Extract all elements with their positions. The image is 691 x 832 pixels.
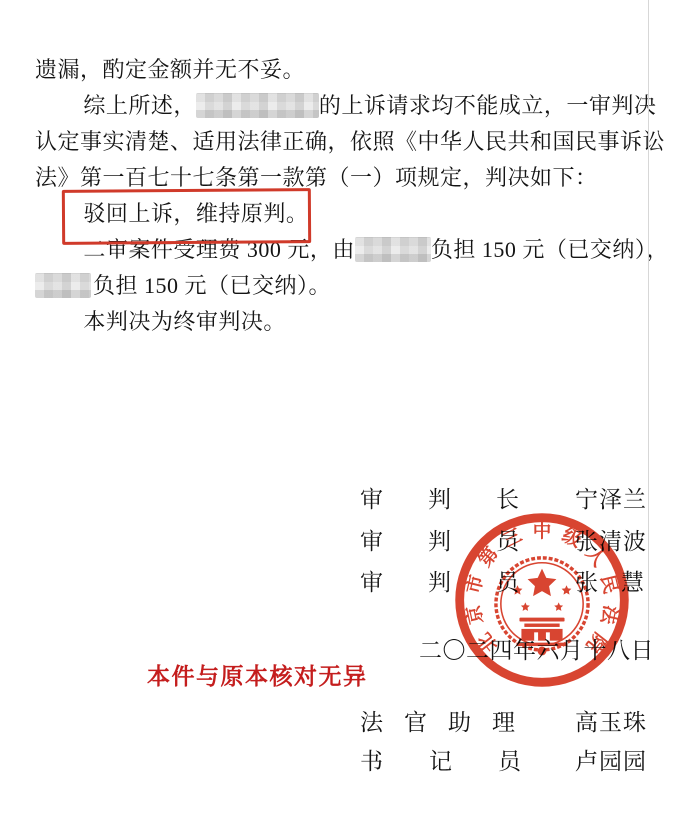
sig-role: 法官助理 xyxy=(360,704,536,737)
signature-row-judge-2: 审判员 张慧 xyxy=(360,564,564,597)
emblem-small-star-icon xyxy=(554,602,563,610)
signature-row-judge-assistant: 法官助理 高玉珠 xyxy=(360,704,536,737)
body-line-4: 法》第一百七十七条第一款第（一）项规定，判决如下： xyxy=(35,160,655,196)
sig-name: 卢园园 xyxy=(575,743,647,776)
signature-row-clerk: 书记员 卢园园 xyxy=(360,743,567,776)
body-line-1: 遗漏，酌定金额并无不妥。 xyxy=(35,52,655,88)
sig-name: 高玉珠 xyxy=(575,704,647,737)
body-line-2: 综上所述，的上诉请求均不能成立，一审判决 xyxy=(35,88,655,124)
body-line-2-post: 的上诉请求均不能成立，一审判决 xyxy=(319,93,657,118)
sig-role: 书记员 xyxy=(360,743,567,776)
body-line-2-pre: 综上所述， xyxy=(83,93,196,118)
judgment-document-page: 遗漏，酌定金额并无不妥。 综上所述，的上诉请求均不能成立，一审判决 认定事实清楚… xyxy=(0,0,691,832)
judgment-body: 遗漏，酌定金额并无不妥。 综上所述，的上诉请求均不能成立，一审判决 认定事实清楚… xyxy=(35,52,655,340)
redaction-block-party1 xyxy=(355,237,431,262)
body-line-verdict: 驳回上诉，维持原判。 xyxy=(35,196,655,232)
body-line-final: 本判决为终审判决。 xyxy=(35,304,655,340)
verification-note: 本件与原本核对无异 xyxy=(147,658,368,691)
svg-text:法: 法 xyxy=(596,603,622,626)
svg-text:京: 京 xyxy=(462,603,488,626)
redaction-block-party2 xyxy=(35,273,91,298)
emblem-small-star-icon xyxy=(521,602,530,610)
sig-name: 张慧 xyxy=(575,564,667,597)
scan-edge-line xyxy=(648,0,649,655)
signature-row-judge-1: 审判员 张清波 xyxy=(360,523,564,556)
sig-role: 审判员 xyxy=(360,523,564,556)
sig-role: 审判长 xyxy=(360,481,564,514)
body-line-7-post: 负担 150 元（已交纳）。 xyxy=(93,273,331,298)
sig-name: 张清波 xyxy=(575,523,647,556)
judgment-date: 二〇二四年六月十八日 xyxy=(419,632,654,665)
body-line-7: 负担 150 元（已交纳）。 xyxy=(35,268,655,304)
body-line-3: 认定事实清楚、适用法律正确，依照《中华人民共和国民事诉讼 xyxy=(35,124,655,160)
body-line-6-post: 负担 150 元（已交纳）， xyxy=(431,237,669,262)
body-line-6: 二审案件受理费 300 元，由负担 150 元（已交纳）， xyxy=(35,232,655,268)
sig-name: 宁泽兰 xyxy=(575,481,647,514)
sig-role: 审判员 xyxy=(360,564,564,597)
redaction-block-appellant xyxy=(196,93,319,118)
signature-row-presiding-judge: 审判长 宁泽兰 xyxy=(360,481,564,514)
body-line-6-pre: 二审案件受理费 300 元，由 xyxy=(83,237,355,262)
